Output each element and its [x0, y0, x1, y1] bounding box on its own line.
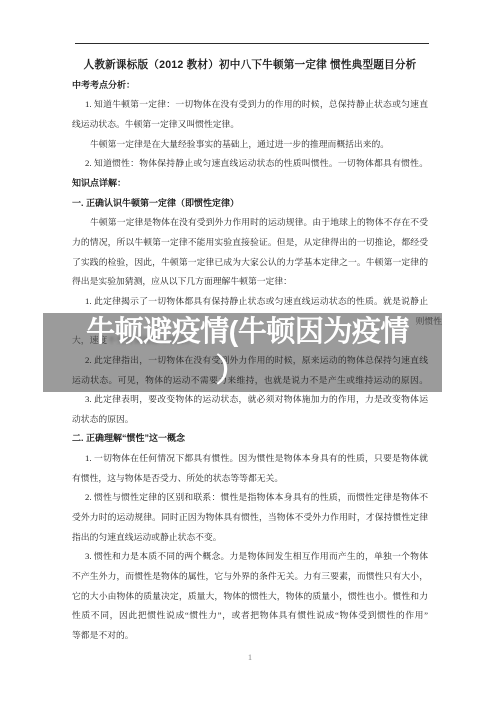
- text-line: 一. 正确认识牛顿第一定律（即惯性定律）: [72, 194, 428, 214]
- text-line: 它的大小由物体的质量决定，质量大，物体的惯性大，物体的质量小，惯性也小。惯性和力: [72, 587, 428, 607]
- text-line: 等都是不对的。: [72, 626, 428, 646]
- text-line: 2. 知道惯性：物体保持静止或匀速直线运动状态的性质叫惯性。一切物体都具有惯性。: [72, 154, 428, 174]
- text-line: 了实践的检验，因此，牛顿第一定律已成为大家公认的力学基本定律之一。牛顿第一定律的: [72, 253, 428, 273]
- text-line: 3. 此定律表明，要改变物体的运动状态，就必须对物体施加力的作用，力是改变物体运: [72, 390, 428, 410]
- document-page: 人教新课标版（2012 教材）初中八下牛顿第一定律 惯性典型题目分析 中考考点分…: [0, 0, 500, 707]
- text-line: 有惯性，这与物体是否受力、所处的状态等等都无关。: [72, 469, 428, 489]
- watermark-overlay: 牛顿避疫情(牛顿因为疫情 ）: [48, 314, 447, 390]
- text-line: 牛顿第一定律是在大量经验事实的基础上，通过进一步的推理而概括出来的。: [72, 135, 428, 155]
- text-line: 2. 惯性与惯性定律的区别和联系：惯性是指物体本身具有的性质，而惯性定律是物体不: [72, 488, 428, 508]
- watermark-text-line2: ）: [16, 350, 447, 390]
- text-line: 性质不同，因此把惯性说成“惯性力”，或者把物体具有惯性说成“物体受到惯性的作用”: [72, 606, 428, 626]
- text-line: 知识点详解：: [72, 174, 428, 194]
- text-line: 二. 正确理解“惯性”这一概念: [72, 429, 428, 449]
- text-line: 指出的匀速直线运动或静止状态不变。: [72, 528, 428, 548]
- text-line: 1. 知道牛顿第一定律：一切物体在没有受到力的作用的时候，总保持静止状态或匀速直: [72, 95, 428, 115]
- text-line: 中考考点分析：: [72, 76, 428, 96]
- text-line: 得出是实验加猜测，应从以下几方面理解牛顿第一定律：: [72, 272, 428, 292]
- text-line: 力的情况，所以牛顿第一定律不能用实验直接验证。但是，从定律得出的一切推论，都经受: [72, 233, 428, 253]
- page-number: 1: [0, 651, 500, 663]
- watermark-text-line1: 牛顿避疫情(牛顿因为疫情: [48, 314, 447, 350]
- document-title: 人教新课标版（2012 教材）初中八下牛顿第一定律 惯性典型题目分析: [72, 56, 428, 76]
- header-rule: [75, 43, 429, 44]
- text-line: 牛顿第一定律是物体在没有受到外力作用时的运动规律。由于地球上的物体不存在不受: [72, 213, 428, 233]
- text-line: 不产生外力，而惯性是物体的属性，它与外界的条件无关。力有三要素，而惯性只有大小，: [72, 567, 428, 587]
- text-line: 动状态的原因。: [72, 410, 428, 430]
- text-line: 3. 惯性和力是本质不同的两个概念。力是物体间发生相互作用而产生的，单独一个物体: [72, 547, 428, 567]
- text-line: 线运动状态。牛顿第一定律又叫惯性定律。: [72, 115, 428, 135]
- text-line: 1. 此定律揭示了一切物体都具有保持静止状态或匀速直线运动状态的性质。就是说静止: [72, 292, 428, 312]
- text-line: 1. 一切物体在任何情况下都具有惯性。因为惯性是物体本身具有的性质，只要是物体就: [72, 449, 428, 469]
- text-line: 受外力时的运动规律。同时正因为物体具有惯性，当物体不受外力作用时，才保持惯性定律: [72, 508, 428, 528]
